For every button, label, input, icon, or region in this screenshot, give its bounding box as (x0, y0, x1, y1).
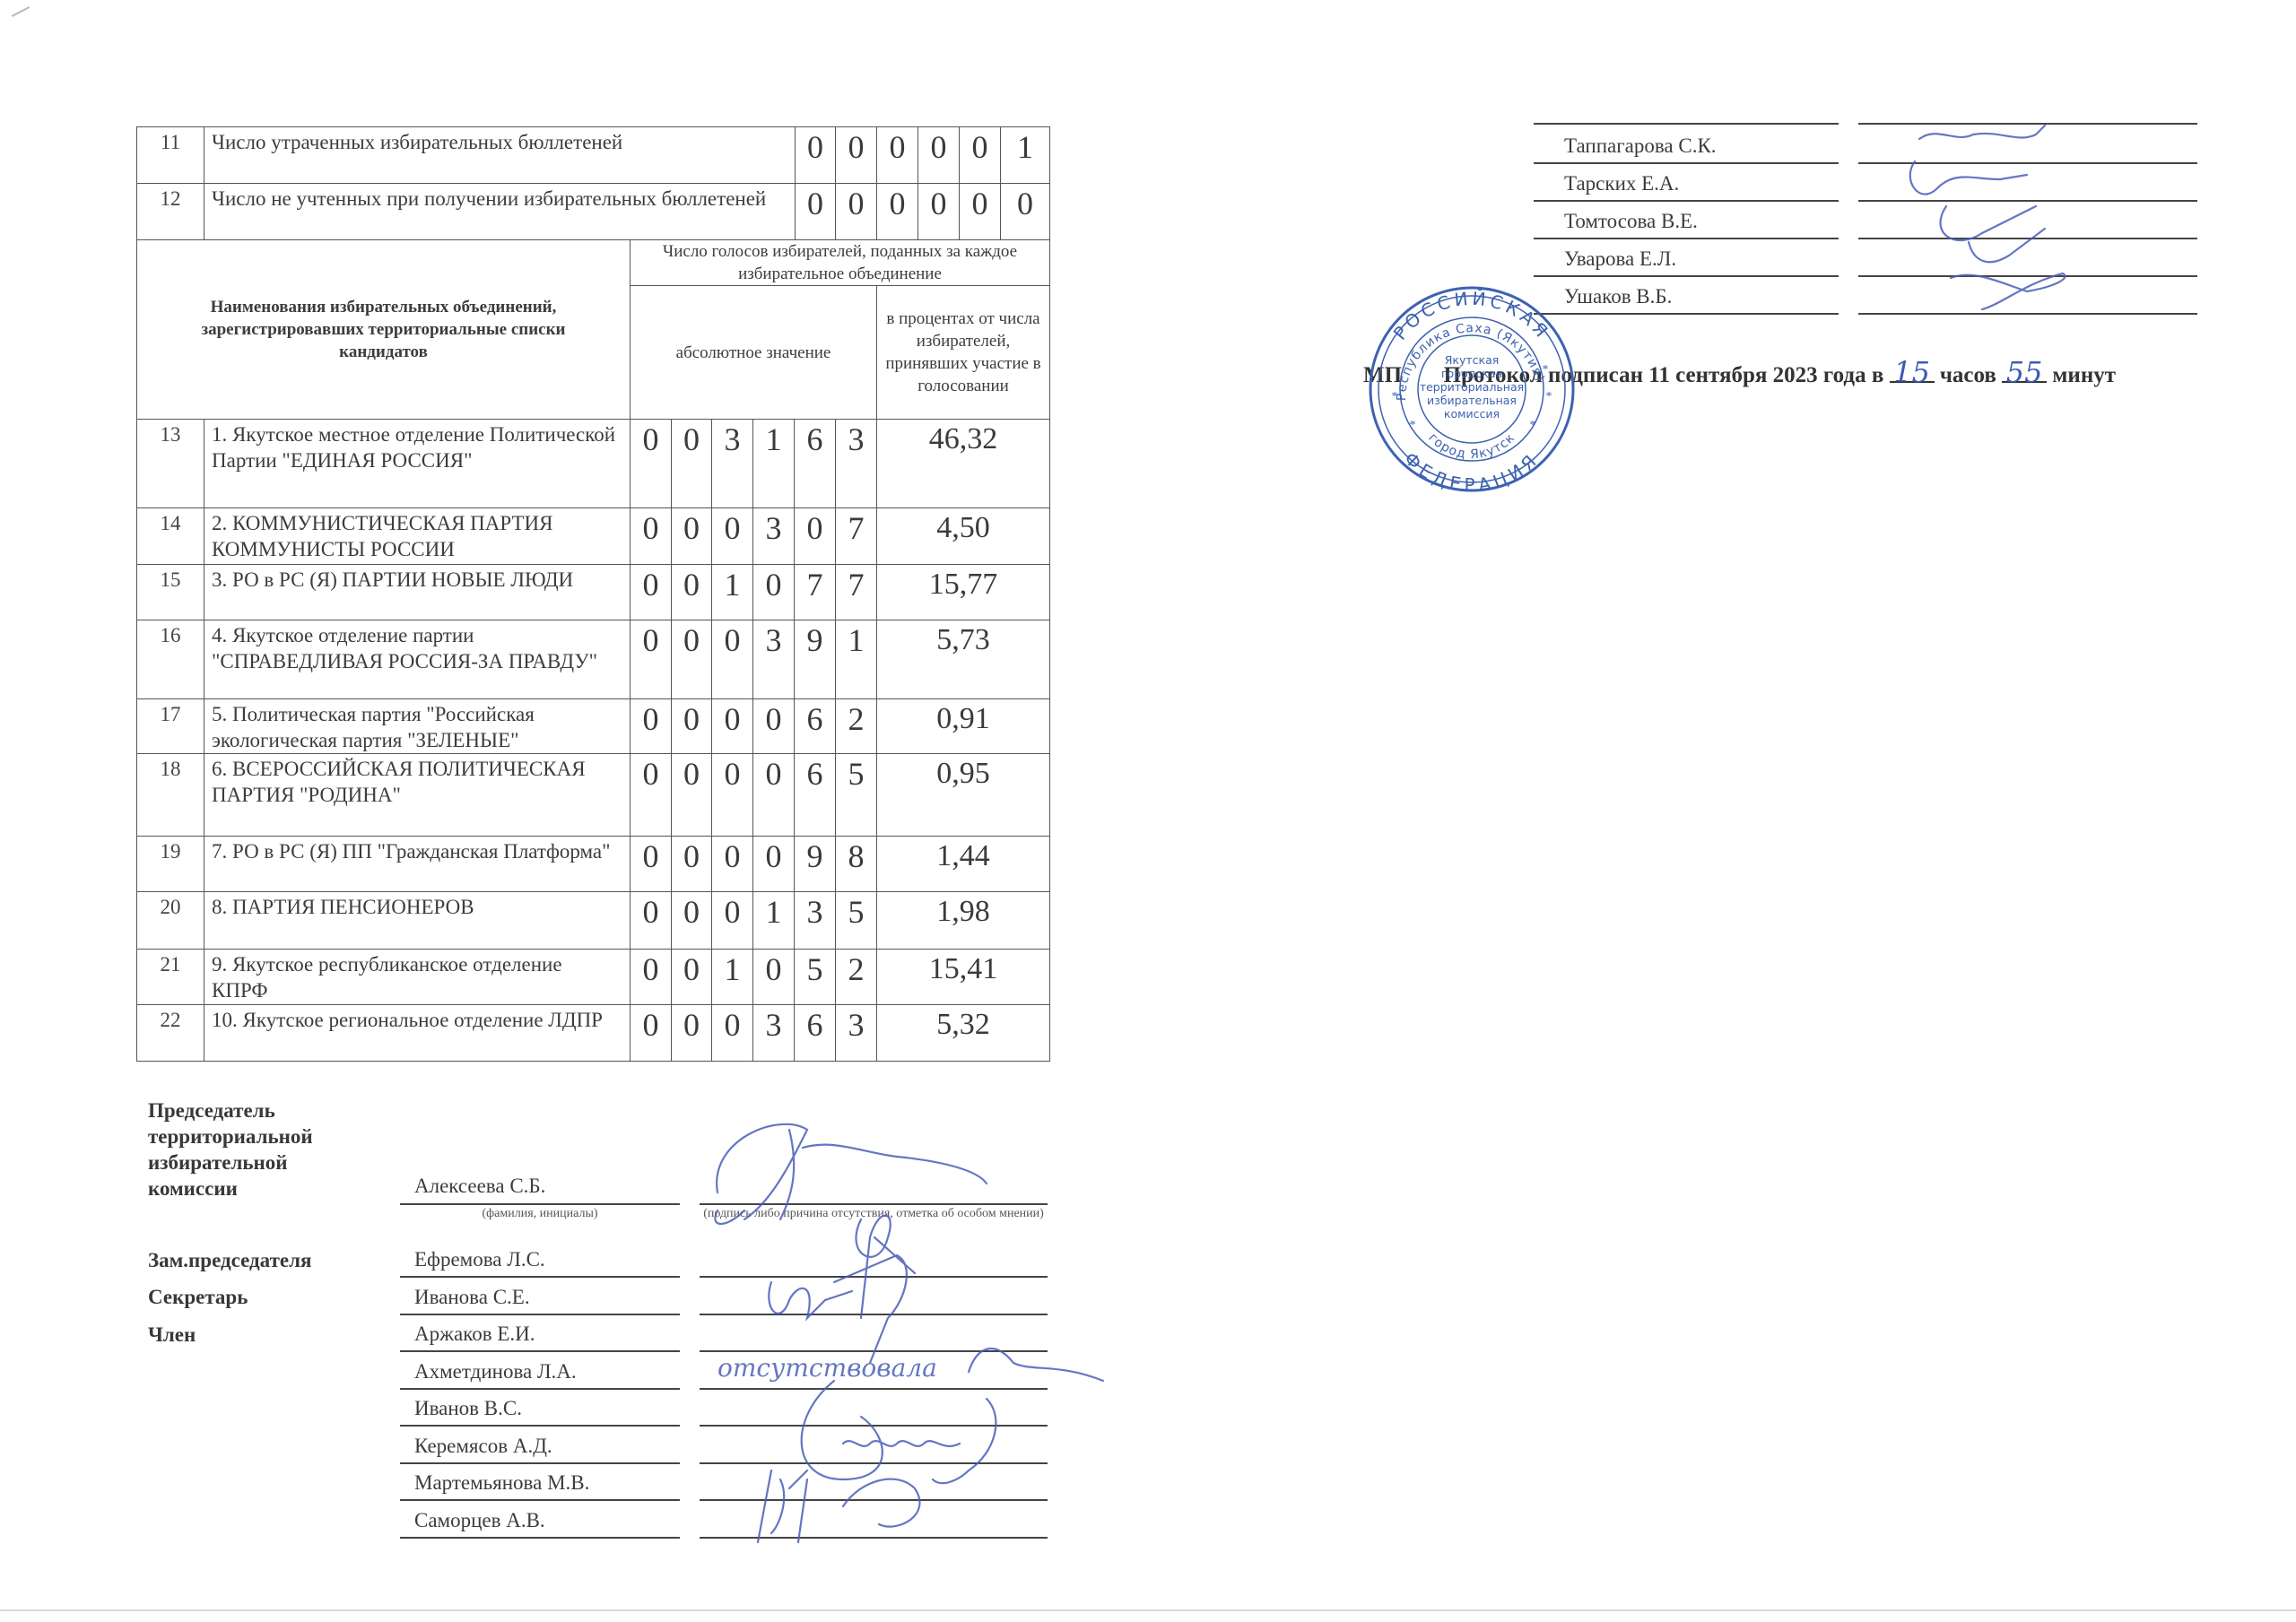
digit-cell: 0 (835, 183, 877, 240)
signature-line[interactable] (1858, 200, 2197, 202)
vote-digit-cell: 2 (835, 949, 877, 1005)
row-number: 13 (136, 419, 204, 508)
vote-digit-cell: 1 (711, 949, 753, 1005)
vote-digit-cell: 0 (671, 891, 712, 950)
member-name: Тарских Е.А. (1564, 172, 1679, 195)
vote-digit-cell: 0 (630, 507, 672, 565)
name-caption: (фамилия, инициалы) (400, 1205, 680, 1222)
row-number: 15 (136, 564, 204, 620)
vote-digit-cell: 5 (835, 891, 877, 950)
row-number: 22 (136, 1004, 204, 1062)
vote-digit-cell: 0 (711, 836, 753, 892)
protocol-signed-line: МП Протокол подписан 11 сентября 2023 го… (1363, 363, 2116, 388)
name-underline (400, 1537, 680, 1539)
vote-digit-cell: 9 (794, 836, 836, 892)
vote-digit-cell: 0 (630, 891, 672, 950)
row-number: 17 (136, 698, 204, 754)
member-name: Саморцев А.В. (414, 1509, 545, 1532)
signature-line[interactable] (1858, 313, 2197, 315)
party-name: 6. ВСЕРОССИЙСКАЯ ПОЛИТИЧЕСКАЯ ПАРТИЯ "РО… (204, 753, 631, 837)
member-name: Иванов В.С. (414, 1397, 522, 1420)
member-name: Ушаков В.Б. (1564, 285, 1672, 308)
signature-line[interactable] (700, 1537, 1048, 1539)
vote-percent: 5,32 (876, 1004, 1050, 1062)
top-sign-line (1858, 123, 2197, 125)
signature-line[interactable] (1858, 162, 2197, 164)
vote-percent: 15,77 (876, 564, 1050, 620)
vote-digit-cell: 0 (630, 620, 672, 699)
digit-cell: 0 (918, 126, 960, 184)
vote-digit-cell: 0 (671, 1004, 712, 1062)
svg-text:комиссия: комиссия (1444, 407, 1500, 421)
name-underline (400, 1350, 680, 1352)
party-name: 1. Якутское местное отделение Политическ… (204, 419, 631, 508)
digit-cell: 1 (1000, 126, 1050, 184)
name-underline (400, 1388, 680, 1390)
signature-line[interactable] (1858, 238, 2197, 239)
row-number: 12 (136, 183, 204, 240)
vote-digit-cell: 6 (794, 1004, 836, 1062)
vote-digit-cell: 3 (711, 419, 753, 508)
vote-digit-cell: 0 (752, 753, 795, 837)
party-name: 10. Якутское региональное отделение ЛДПР (204, 1004, 631, 1062)
vote-percent: 15,41 (876, 949, 1050, 1005)
digit-cell: 0 (918, 183, 960, 240)
name-underline (1534, 275, 1839, 277)
page-bottom-edge (0, 1609, 2296, 1611)
svg-text:Республика Саха (Якутия): Республика Саха (Якутия) (1395, 321, 1547, 401)
deputy-role: Зам.председателя (148, 1247, 311, 1273)
vote-digit-cell: 0 (671, 698, 712, 754)
row-number: 16 (136, 620, 204, 699)
signature-line[interactable] (700, 1462, 1048, 1464)
vote-digit-cell: 7 (835, 564, 877, 620)
vote-digit-cell: 7 (835, 507, 877, 565)
svg-text:*: * (1546, 390, 1552, 403)
vote-digit-cell: 6 (794, 753, 836, 837)
name-underline (1534, 238, 1839, 239)
row-number: 14 (136, 507, 204, 565)
vote-digit-cell: 6 (794, 698, 836, 754)
minutes-label: минут (2052, 363, 2116, 387)
name-underline (1534, 313, 1839, 315)
votes-group-header: Число голосов избирателей, поданных за к… (630, 239, 1050, 286)
name-underline (400, 1499, 680, 1501)
vote-digit-cell: 0 (671, 564, 712, 620)
vote-digit-cell: 0 (671, 620, 712, 699)
party-name: 2. КОММУНИСТИЧЕСКАЯ ПАРТИЯ КОММУНИСТЫ РО… (204, 507, 631, 565)
member-name: Керемясов А.Д. (414, 1435, 552, 1458)
vote-digit-cell: 1 (835, 620, 877, 699)
vote-digit-cell: 0 (794, 507, 836, 565)
party-name: 5. Политическая партия "Российская эколо… (204, 698, 631, 754)
digit-cell: 0 (1000, 183, 1050, 240)
vote-digit-cell: 1 (752, 891, 795, 950)
hours-value: 15 (1890, 363, 1935, 383)
vote-digit-cell: 0 (752, 698, 795, 754)
digit-cell: 0 (876, 126, 918, 184)
official-seal-icon: РОССИЙСКАЯФЕДЕРАЦИЯРеспублика Саха (Якут… (1368, 285, 1576, 493)
vote-digit-cell: 0 (630, 564, 672, 620)
vote-digit-cell: 2 (835, 698, 877, 754)
vote-digit-cell: 0 (711, 1004, 753, 1062)
chair-name: Алексеева С.Б. (414, 1175, 545, 1198)
vote-digit-cell: 0 (752, 564, 795, 620)
vote-digit-cell: 3 (752, 620, 795, 699)
vote-digit-cell: 3 (835, 419, 877, 508)
row-label: Число утраченных избирательных бюллетене… (204, 126, 796, 184)
member-role: Член (148, 1322, 196, 1348)
party-name: 9. Якутское республиканское отделение КП… (204, 949, 631, 1005)
member-name: Ефремова Л.С. (414, 1248, 545, 1271)
member-name: Иванова С.Е. (414, 1286, 530, 1309)
mp-mark: МП (1363, 363, 1402, 387)
member-name: Мартемьянова М.В. (414, 1471, 589, 1495)
signature-line[interactable] (700, 1425, 1048, 1427)
name-underline (1534, 200, 1839, 202)
name-underline (400, 1462, 680, 1464)
vote-digit-cell: 0 (671, 753, 712, 837)
vote-digit-cell: 0 (711, 620, 753, 699)
vote-digit-cell: 3 (794, 891, 836, 950)
vote-digit-cell: 3 (752, 1004, 795, 1062)
vote-percent: 4,50 (876, 507, 1050, 565)
vote-digit-cell: 0 (630, 836, 672, 892)
hours-label: часов (1940, 363, 1996, 387)
vote-percent: 1,98 (876, 891, 1050, 950)
svg-text:город Якутск: город Якутск (1425, 430, 1518, 462)
party-name: 8. ПАРТИЯ ПЕНСИОНЕРОВ (204, 891, 631, 950)
name-underline (400, 1425, 680, 1427)
party-name: 4. Якутское отделение партии "СПРАВЕДЛИВ… (204, 620, 631, 699)
vote-digit-cell: 0 (630, 698, 672, 754)
names-column-header: Наименования избирательных объединений, … (136, 239, 631, 420)
row-number: 19 (136, 836, 204, 892)
top-name-line (1534, 123, 1839, 125)
svg-text:РОССИЙСКАЯ: РОССИЙСКАЯ (1389, 288, 1555, 344)
svg-text:*: * (1530, 419, 1536, 432)
vote-percent: 0,95 (876, 753, 1050, 837)
vote-digit-cell: 7 (794, 564, 836, 620)
vote-digit-cell: 0 (752, 949, 795, 1005)
signature-line[interactable] (1858, 275, 2197, 277)
vote-digit-cell: 0 (711, 753, 753, 837)
member-name: Таппагарова С.К. (1564, 134, 1717, 158)
vote-digit-cell: 3 (835, 1004, 877, 1062)
vote-digit-cell: 1 (752, 419, 795, 508)
secretary-role: Секретарь (148, 1284, 248, 1310)
signature-line[interactable] (700, 1499, 1048, 1501)
vote-digit-cell: 0 (630, 419, 672, 508)
digit-cell: 0 (959, 126, 1001, 184)
name-underline (400, 1276, 680, 1278)
vote-digit-cell: 0 (752, 836, 795, 892)
protocol-text: Протокол подписан 11 сентября 2023 года … (1444, 363, 1884, 387)
party-name: 7. РО в РС (Я) ПП "Гражданская Платформа… (204, 836, 631, 892)
vote-digit-cell: 0 (671, 949, 712, 1005)
vote-digit-cell: 0 (671, 419, 712, 508)
vote-digit-cell: 5 (835, 753, 877, 837)
vote-digit-cell: 0 (630, 949, 672, 1005)
digit-cell: 0 (795, 126, 836, 184)
signature-line[interactable] (700, 1388, 1048, 1390)
digit-cell: 0 (835, 126, 877, 184)
vote-percent: 5,73 (876, 620, 1050, 699)
vote-digit-cell: 5 (794, 949, 836, 1005)
member-name: Аржаков Е.И. (414, 1323, 535, 1346)
row-label: Число не учтенных при получении избирате… (204, 183, 796, 240)
digit-cell: 0 (959, 183, 1001, 240)
row-number: 20 (136, 891, 204, 950)
svg-text:ФЕДЕРАЦИЯ: ФЕДЕРАЦИЯ (1400, 447, 1544, 493)
row-number: 21 (136, 949, 204, 1005)
vote-digit-cell: 8 (835, 836, 877, 892)
vote-digit-cell: 0 (630, 1004, 672, 1062)
digit-cell: 0 (876, 183, 918, 240)
vote-digit-cell: 0 (630, 753, 672, 837)
vote-digit-cell: 6 (794, 419, 836, 508)
vote-digit-cell: 0 (711, 891, 753, 950)
vote-digit-cell: 0 (711, 698, 753, 754)
chair-role: Председатель территориальной избирательн… (148, 1097, 372, 1201)
sign-caption: (подпись либо причина отсутствия, отметк… (700, 1205, 1048, 1222)
svg-text:*: * (1410, 419, 1416, 432)
member-name: Томтосова В.Е. (1564, 210, 1698, 233)
row-number: 18 (136, 753, 204, 837)
vote-digit-cell: 3 (752, 507, 795, 565)
absolute-value-header: абсолютное значение (630, 285, 877, 420)
svg-text:отсутствовала: отсутствовала (717, 1353, 937, 1383)
signature-line[interactable] (700, 1350, 1048, 1352)
vote-digit-cell: 0 (711, 507, 753, 565)
vote-percent: 1,44 (876, 836, 1050, 892)
member-name: Ахметдинова Л.А. (414, 1360, 577, 1383)
scan-artifact (12, 6, 30, 17)
vote-digit-cell: 1 (711, 564, 753, 620)
digit-cell: 0 (795, 183, 836, 240)
party-name: 3. РО в РС (Я) ПАРТИИ НОВЫЕ ЛЮДИ (204, 564, 631, 620)
vote-digit-cell: 0 (671, 836, 712, 892)
name-underline (1534, 162, 1839, 164)
percent-header: в процентах от числа избирателей, приняв… (876, 285, 1050, 420)
vote-percent: 0,91 (876, 698, 1050, 754)
member-name: Уварова Е.Л. (1564, 247, 1676, 271)
vote-percent: 46,32 (876, 419, 1050, 508)
svg-text:избирательная: избирательная (1427, 394, 1517, 407)
signature-line[interactable] (700, 1314, 1048, 1315)
minutes-value: 55 (2002, 363, 2047, 383)
row-number: 11 (136, 126, 204, 184)
svg-text:*: * (1392, 390, 1398, 403)
vote-digit-cell: 9 (794, 620, 836, 699)
vote-digit-cell: 0 (671, 507, 712, 565)
name-underline (400, 1314, 680, 1315)
signature-line[interactable] (700, 1276, 1048, 1278)
